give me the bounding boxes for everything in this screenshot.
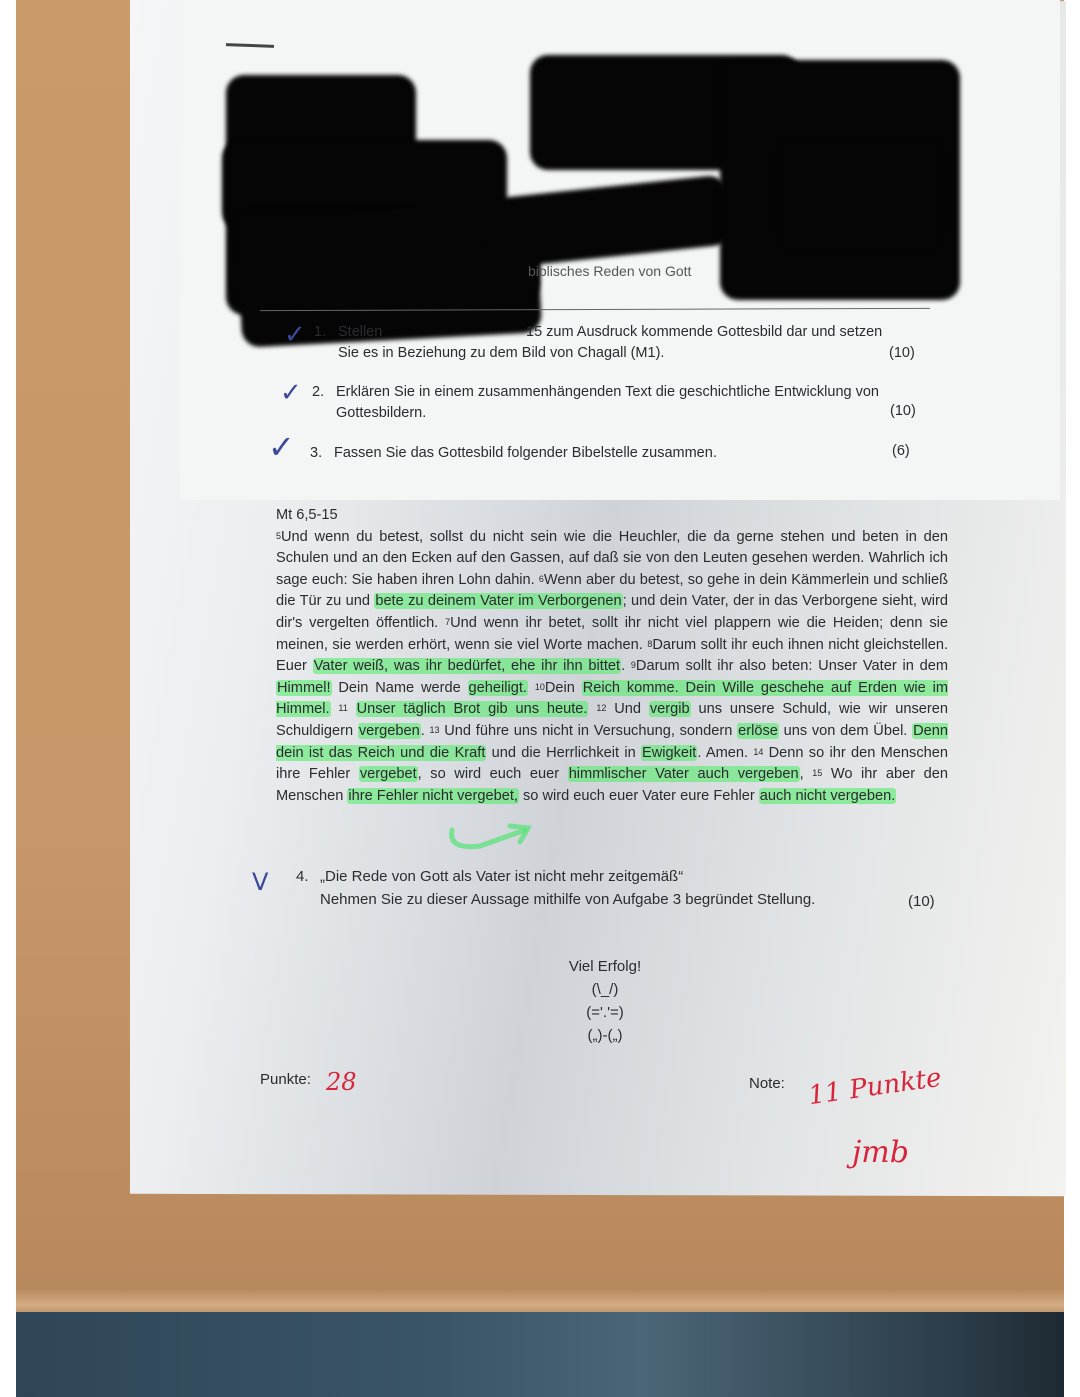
task-1: 1. Stellen 15 zum Ausdruck kommende Gott… bbox=[314, 322, 919, 366]
verse-number: 12 bbox=[596, 703, 606, 713]
bible-passage: Mt 6,5-15 5Und wenn du betest, sollst du… bbox=[276, 505, 948, 807]
verse-number: 10 bbox=[535, 682, 545, 692]
passage-text: . bbox=[421, 723, 430, 739]
highlighted-text: Vater weiß, was ihr bedürfet, ehe ihr ih… bbox=[313, 658, 621, 674]
highlighted-text: vergeben bbox=[358, 723, 421, 739]
passage-text: Und bbox=[606, 701, 649, 717]
ascii-bunny-face: (='.'=) bbox=[540, 1001, 670, 1024]
task-2: 2. Erklären Sie in einem zusammenhängend… bbox=[312, 382, 920, 426]
task-number: 2. bbox=[312, 382, 324, 403]
highlighted-text: auch nicht vergeben. bbox=[759, 788, 897, 804]
highlighted-text: himmlischer Vater auch vergeben bbox=[568, 766, 800, 782]
passage-text: Dein Name werde bbox=[332, 680, 468, 696]
checkmark-icon: ✓ bbox=[268, 428, 295, 466]
task-line: „Die Rede von Gott als Vater ist nicht m… bbox=[320, 866, 683, 887]
task-points: (6) bbox=[892, 441, 910, 462]
passage-text: uns von dem Übel. bbox=[779, 723, 912, 739]
task-points: (10) bbox=[908, 891, 935, 912]
passage-text: . bbox=[621, 658, 631, 674]
passage-text: Dein bbox=[545, 680, 582, 696]
passage-text: so wird euch euer Vater eure Fehler bbox=[519, 788, 759, 804]
bible-reference: Mt 6,5-15 bbox=[276, 505, 948, 527]
task-line: Sie es in Beziehung zu dem Bild von Chag… bbox=[338, 343, 664, 364]
task-points: (10) bbox=[890, 401, 916, 422]
highlighted-text: erlöse bbox=[737, 723, 779, 739]
exam-subtitle: biblisches Reden von Gott bbox=[528, 263, 691, 279]
ascii-bunny-ears: (\_/) bbox=[540, 978, 670, 1001]
task-line: Nehmen Sie zu dieser Aussage mithilfe vo… bbox=[320, 889, 815, 910]
teacher-signature: jmb bbox=[852, 1135, 909, 1170]
task-4: 4. „Die Rede von Gott als Vater ist nich… bbox=[296, 866, 941, 912]
points-label: Punkte: bbox=[260, 1071, 311, 1088]
highlighted-text: geheiligt. bbox=[468, 680, 528, 696]
passage-text: und die Herrlichkeit in bbox=[486, 745, 641, 761]
checkmark-icon: V bbox=[252, 868, 268, 896]
verse-number: 13 bbox=[430, 725, 440, 735]
redaction-block bbox=[780, 140, 940, 250]
passage-text: , so wird euch euer bbox=[418, 766, 568, 782]
task-line: Erklären Sie in einem zusammenhängenden … bbox=[336, 382, 879, 403]
verse-number: 14 bbox=[753, 747, 763, 757]
points-value: 28 bbox=[326, 1068, 357, 1096]
highlighted-text: bete zu deinem Vater im Verborgenen bbox=[374, 593, 622, 609]
verse-number: 7 bbox=[445, 617, 450, 627]
highlighted-text: vergebet bbox=[359, 766, 418, 782]
ascii-bunny-paws: („)-(„) bbox=[540, 1024, 670, 1047]
task-prefix: Stellen bbox=[338, 322, 382, 343]
task-number: 3. bbox=[310, 443, 322, 464]
verse-number: 11 bbox=[338, 703, 347, 713]
verse-number: 9 bbox=[631, 660, 636, 670]
floor bbox=[16, 1312, 1064, 1397]
passage-text: Darum sollt ihr also beten: Unser Vater … bbox=[636, 658, 948, 674]
verse-number: 5 bbox=[276, 531, 281, 541]
passage-text: Und führe uns nicht in Versuchung, sonde… bbox=[440, 723, 738, 739]
handwritten-arrow-icon bbox=[440, 818, 540, 858]
verse-number: 15 bbox=[812, 768, 822, 778]
highlighted-text: Himmel! bbox=[276, 680, 332, 696]
highlighted-text: ihre Fehler nicht vergebet, bbox=[347, 788, 519, 804]
task-line: 15 zum Ausdruck kommende Gottesbild dar … bbox=[526, 322, 882, 343]
task-number: 4. bbox=[296, 866, 309, 887]
passage-text bbox=[348, 701, 356, 717]
task-line: Fassen Sie das Gottesbild folgender Bibe… bbox=[334, 443, 717, 464]
passage-text: . Amen. bbox=[697, 745, 753, 761]
highlighted-text: Unser täglich Brot gib uns heute. bbox=[356, 701, 589, 717]
task-line: Gottesbildern. bbox=[336, 403, 426, 424]
bible-text: 5Und wenn du betest, sollst du nicht sei… bbox=[276, 529, 948, 804]
verse-number: 8 bbox=[647, 639, 652, 649]
verse-number: 6 bbox=[539, 574, 544, 584]
closing-message: Viel Erfolg! (\_/) (='.'=) („)-(„) bbox=[540, 955, 670, 1047]
task-points: (10) bbox=[889, 343, 915, 364]
passage-text bbox=[528, 680, 535, 696]
good-luck-text: Viel Erfolg! bbox=[540, 955, 670, 978]
task-3: 3. Fassen Sie das Gottesbild folgender B… bbox=[310, 443, 915, 465]
highlighted-text: Ewigkeit bbox=[641, 745, 697, 761]
task-number: 1. bbox=[314, 322, 326, 343]
checkmark-icon: ✓ bbox=[280, 378, 302, 408]
highlighted-text: vergib bbox=[649, 701, 691, 717]
grade-label: Note: bbox=[749, 1075, 785, 1092]
checkmark-icon: ✓ bbox=[284, 320, 306, 350]
passage-text: , bbox=[800, 766, 813, 782]
